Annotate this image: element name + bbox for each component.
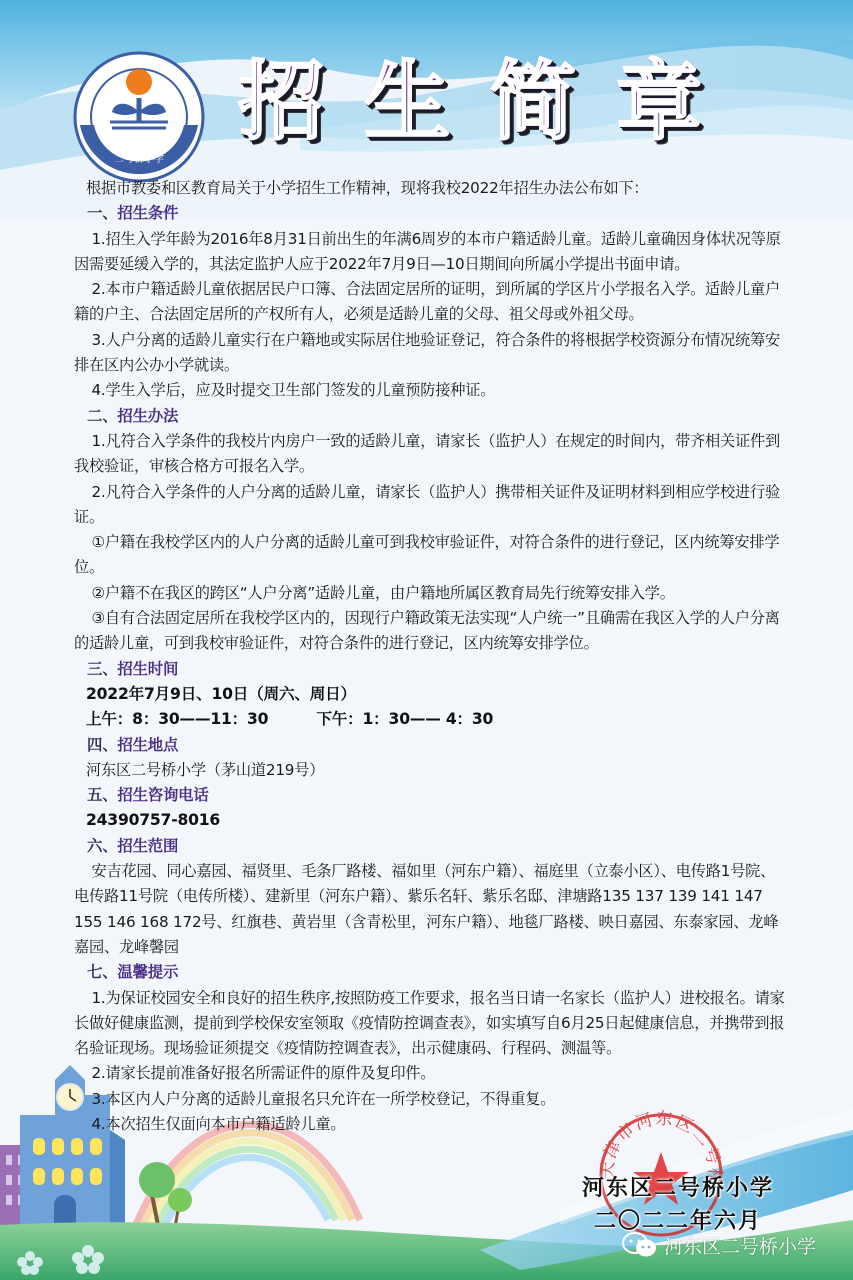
title-char: 章 xyxy=(616,52,702,152)
section-heading-tips: 七、温馨提示 xyxy=(86,960,790,985)
title-char: 生 xyxy=(364,52,450,152)
enrollment-address: 河东区二号桥小学（茅山道219号） xyxy=(86,758,790,783)
condition-item: 4.学生入学后，应及时提交卫生部门签发的儿童预防接种证。 xyxy=(74,378,790,403)
morning-hours: 上午：8：30——11：30 xyxy=(86,707,268,732)
afternoon-hours: 下午：1：30—— 4：30 xyxy=(316,707,493,732)
consultation-phone[interactable]: 24390757-8016 xyxy=(86,808,790,833)
section-heading-time: 三、招生时间 xyxy=(86,657,790,682)
method-item: 1.凡符合入学条件的我校片内房户一致的适龄儿童，请家长（监护人）在规定的时间内，… xyxy=(74,429,790,480)
enrollment-date: 2022年7月9日、10日（周六、周日） xyxy=(86,682,790,707)
condition-item: 3.人户分离的适龄儿童实行在户籍地或实际居住地验证登记，符合条件的将根据学校资源… xyxy=(74,328,790,379)
method-subitem: ②户籍不在我区的跨区“人户分离”适龄儿童，由户籍地所属区教育局先行统筹安排入学。 xyxy=(74,581,790,606)
tip-item: 1.为保证校园安全和良好的招生秩序,按照防疫工作要求，报名当日请一名家长（监护人… xyxy=(74,986,790,1062)
poster-title: 招 生 简 章 xyxy=(238,52,702,152)
tip-item: 2.请家长提前准备好报名所需证件的原件及复印件。 xyxy=(74,1061,790,1086)
method-item: 2.凡符合入学条件的人户分离的适龄儿童，请家长（监护人）携带相关证件及证明材料到… xyxy=(74,480,790,531)
title-char: 招 xyxy=(238,52,324,152)
method-subitem: ①户籍在我校学区内的人户分离的适龄儿童可到我校审验证件，对符合条件的进行登记，区… xyxy=(74,530,790,581)
section-heading-phone: 五、招生咨询电话 xyxy=(86,783,790,808)
svg-text:二号桥小学: 二号桥小学 xyxy=(114,152,164,165)
title-char: 简 xyxy=(490,52,576,152)
enrollment-hours: 上午：8：30——11：30 下午：1：30—— 4：30 xyxy=(86,707,790,732)
section-heading-location: 四、招生地点 xyxy=(86,733,790,758)
signature-school: 河东区二号桥小学 xyxy=(582,1172,774,1205)
enrollment-scope-text: 安吉花园、同心嘉园、福贤里、毛条厂路楼、福如里（河东户籍）、福庭里（立泰小区）、… xyxy=(74,859,790,960)
svg-text:1971: 1971 xyxy=(124,132,155,145)
wechat-watermark: 河东区二号桥小学 xyxy=(620,1231,816,1259)
intro-text: 根据市教委和区教育局关于小学招生工作精神，现将我校2022年招生办法公布如下： xyxy=(86,176,790,201)
school-logo-icon: 1971 二号桥小学 xyxy=(72,50,206,184)
method-subitem: ③自有合法固定居所在我校学区内的，因现行户籍政策无法实现“人户统一”且确需在我区… xyxy=(74,606,790,657)
announcement-body: 根据市教委和区教育局关于小学招生工作精神，现将我校2022年招生办法公布如下： … xyxy=(86,176,790,1137)
wechat-icon xyxy=(620,1231,660,1259)
section-heading-method: 二、招生办法 xyxy=(86,404,790,429)
condition-item: 1.招生入学年龄为2016年8月31日前出生的年满6周岁的本市户籍适龄儿童。适龄… xyxy=(74,227,790,278)
watermark-account-name: 河东区二号桥小学 xyxy=(664,1232,816,1259)
section-heading-scope: 六、招生范围 xyxy=(86,834,790,859)
signature-block: 河东区二号桥小学 二〇二二年六月 xyxy=(582,1172,774,1238)
section-heading-conditions: 一、招生条件 xyxy=(86,201,790,226)
condition-item: 2.本市户籍适龄儿童依据居民户口簿、合法固定居所的证明，到所属的学区片小学报名入… xyxy=(74,277,790,328)
tip-item: 3.本区内人户分离的适龄儿童报名只允许在一所学校登记，不得重复。 xyxy=(74,1087,790,1112)
